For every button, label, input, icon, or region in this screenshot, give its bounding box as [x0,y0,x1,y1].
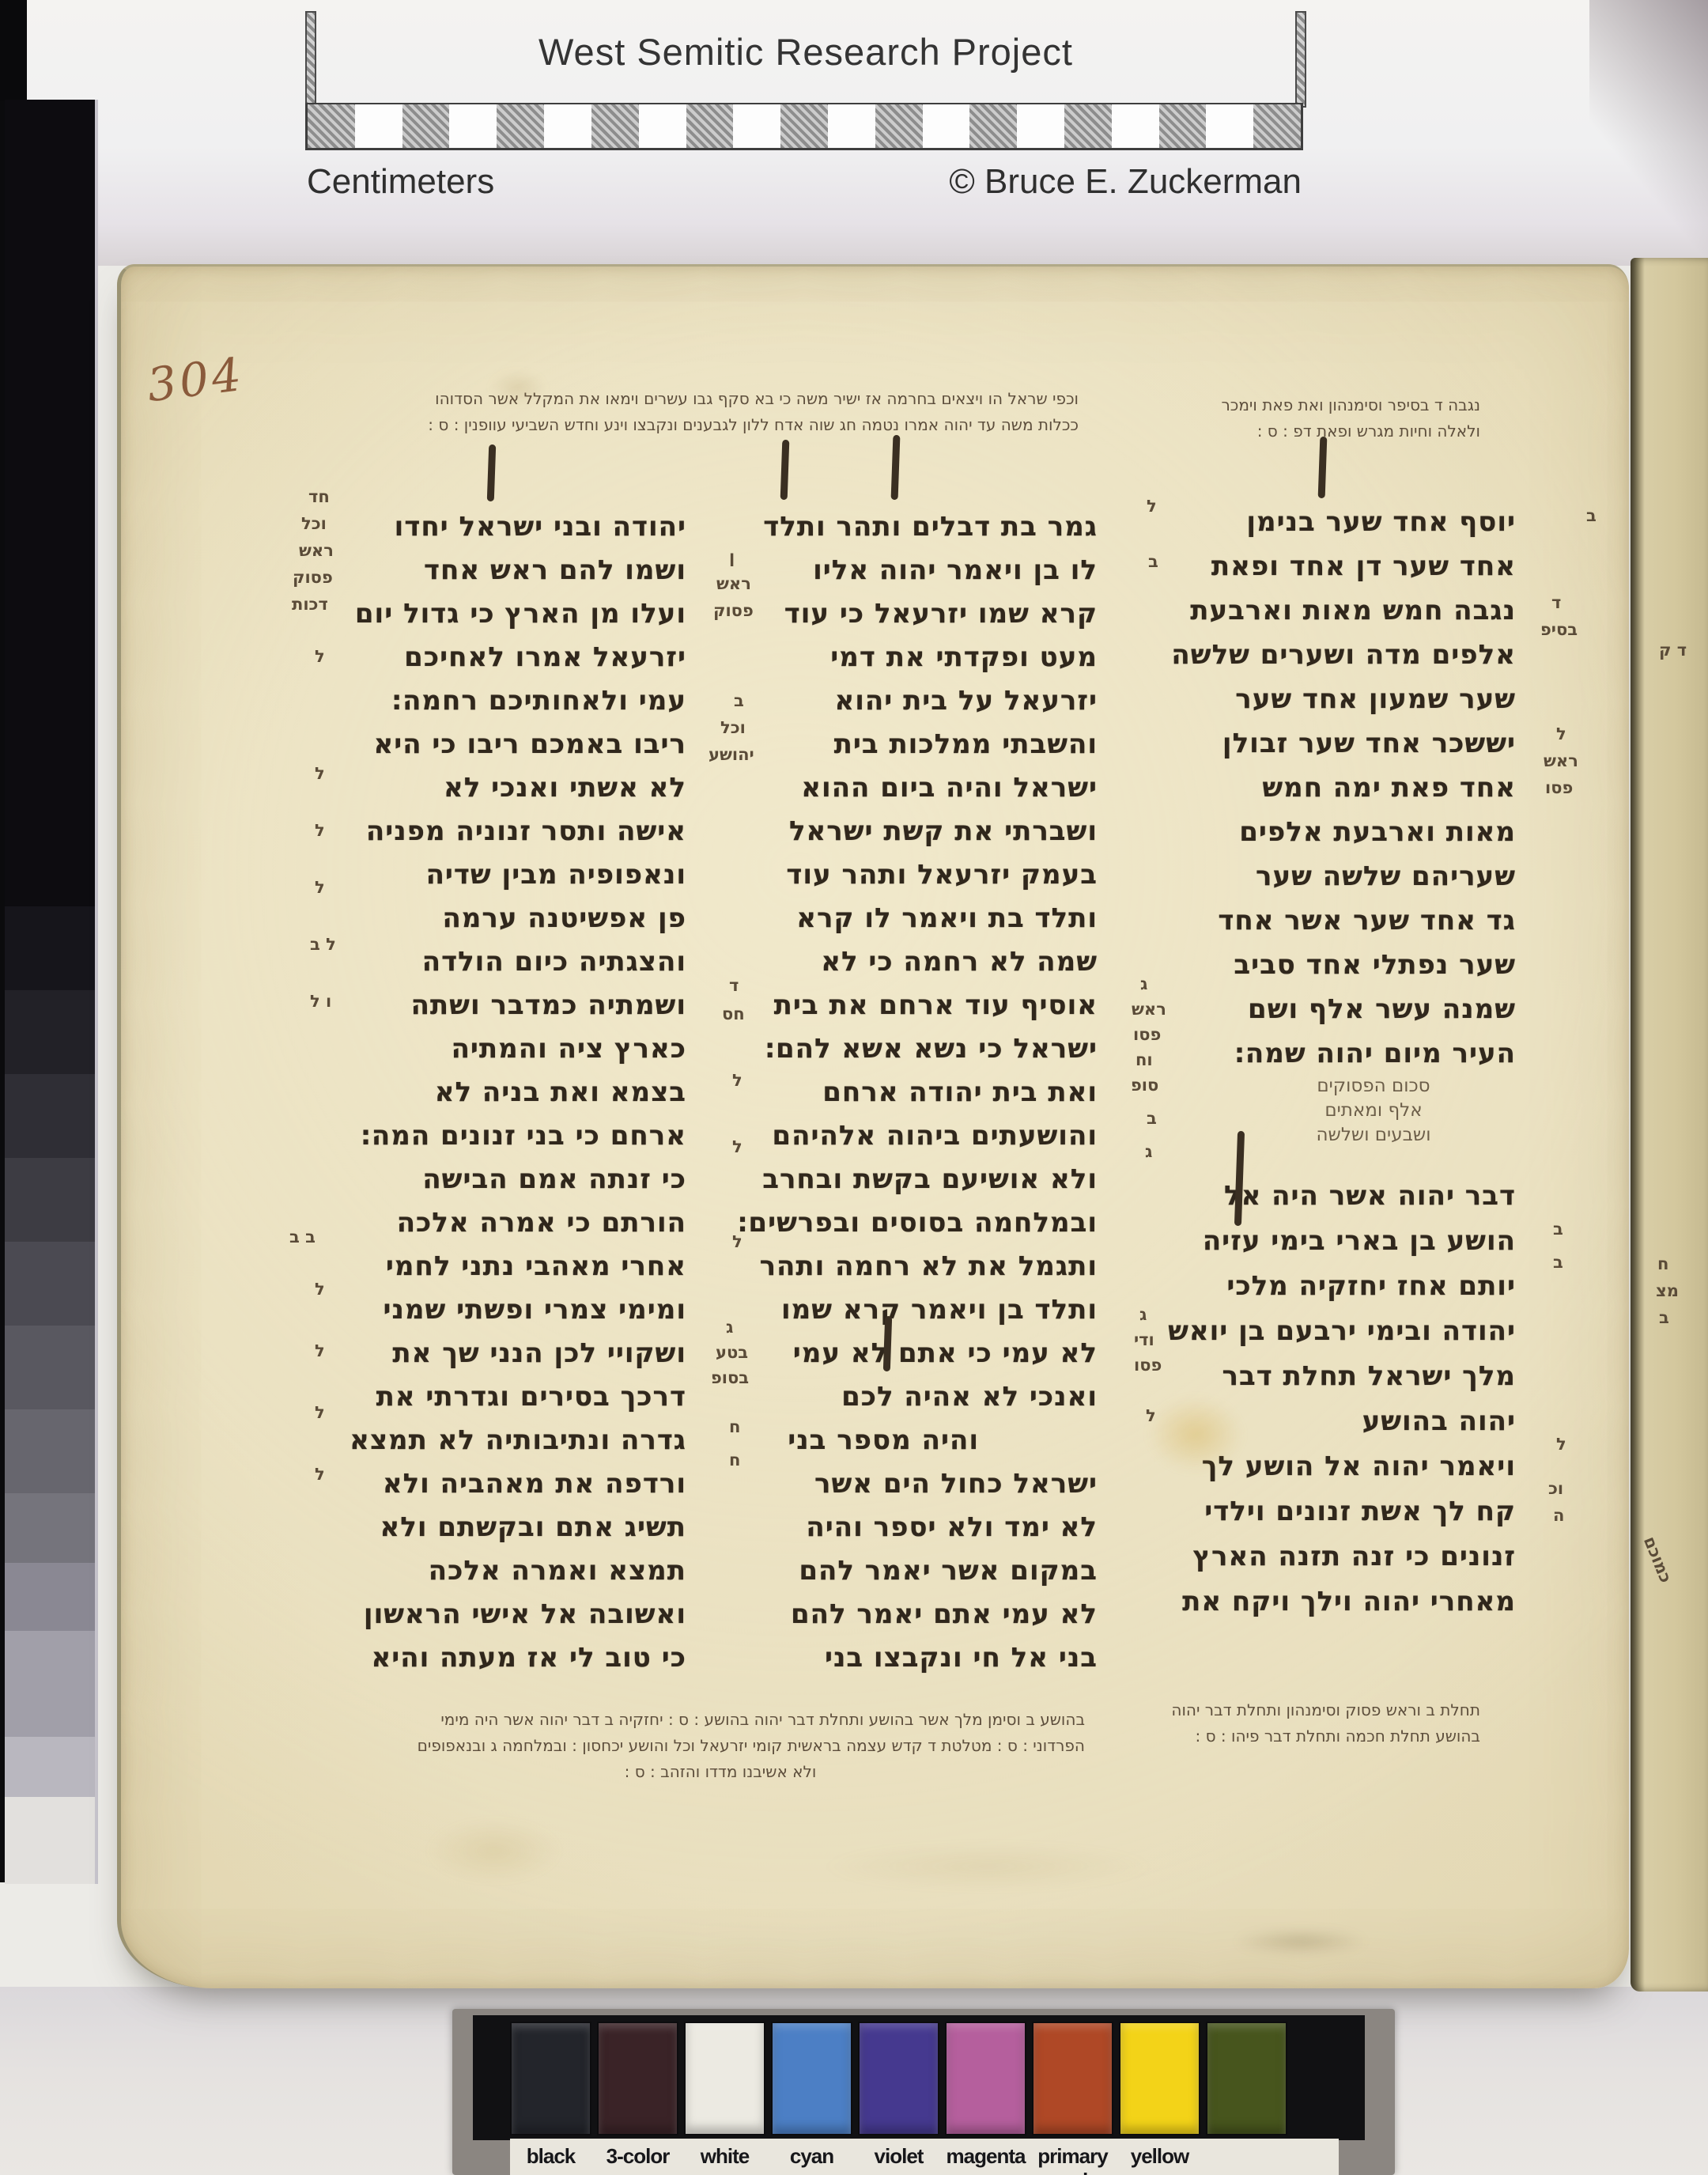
color-chart-swatches [510,2022,1301,2135]
centimeter-segment [875,104,923,148]
color-swatch-label: white [684,2139,765,2175]
text-line: שער נפתלי אחד סביב [1184,949,1516,993]
color-swatch-label: 3-color [597,2139,678,2175]
masora-parva-note: ל [315,821,325,840]
text-line: לא עמי כי אתם לא עמי [781,1337,1098,1381]
corner-black-patch [0,0,27,101]
gray-step [5,1409,95,1493]
parchment-stain [822,1843,1154,1890]
text-line: דבר יהוה אשר היה אל [1184,1180,1516,1225]
text-line: סכום הפסוקים [1287,1076,1460,1100]
color-swatch-label: yellow [1119,2139,1200,2175]
text-column-right-ezekiel-end: יוסף אחד שער בנימןאחד שער דן אחד ופאתנגב… [1184,506,1516,1082]
masora-parva-note: ד ק [1659,641,1687,660]
masora-magna-bottom-left: בהושע ב וסימן מלך אשר בהושע ותחלת דבר יה… [356,1710,1085,1788]
masora-parva-note: פסו [1134,1356,1162,1375]
masora-parva-note: בטע [716,1343,748,1362]
text-line: במקום אשר יאמר להם [781,1555,1098,1598]
text-line: יהודה ובימי ירבעם בן יואש [1184,1315,1516,1360]
masora-parva-note: ודי [1134,1330,1154,1349]
text-line: יזרעאל אמרו לאחיכם [348,641,686,685]
centimeter-segment [828,104,875,148]
centimeter-segment [1253,104,1301,148]
masora-parva-note: ל [732,1071,743,1090]
text-line: שעריהם שלשה שער [1184,861,1516,905]
text-line: מעט ופקדתי את דמי [781,641,1098,685]
color-swatch-green [1206,2022,1287,2135]
centimeter-segment [544,104,591,148]
gray-step [5,1563,95,1631]
text-line: זנונים כי זנה תזנה הארץ [1184,1541,1516,1586]
masora-parva-note: ל [1556,1435,1566,1454]
gray-step [5,1242,95,1326]
text-line: אחד שער דן אחד ופאת [1184,550,1516,595]
masora-magna-bottom-right: תחלת ב וראש פסוק וסימנהון ותחלת דבר יהוה… [1102,1700,1480,1753]
masora-parva-note: יהושע [709,745,754,764]
text-line: גמר בת דבלים ותהר ותלד [781,511,1098,554]
text-line: פן אפשיטנה ערמה [348,902,686,946]
text-column-right-hosea-opening: דבר יהוה אשר היה אלהושע בן בארי בימי עזי… [1184,1180,1516,1631]
masora-parva-note: ל [315,647,325,666]
text-line: ולא אשיבנו מדדו והזהב : ס : [356,1762,1085,1788]
masora-parva-note: ל [732,1137,743,1156]
masora-parva-note: ל [1147,497,1157,516]
gray-step [5,1797,95,1884]
text-line: ורדפה את מאהביה ולא [348,1468,686,1511]
text-line: ובמלחמה בסוסים ובפרשים׃ [781,1207,1098,1250]
text-line: ישראל והיה ביום ההוא [781,772,1098,815]
masora-parva-note: וכ [1548,1479,1563,1498]
text-line: יהודה ובני ישראל יחדו [348,511,686,554]
text-line: מאחרי יהוה וילך ויקח את [1184,1586,1516,1631]
scale-bar: West Semitic Research Project Centimeter… [305,8,1306,202]
masora-parva-note: דכות [292,595,328,614]
text-line: שמה לא רחמה כי לא [781,946,1098,989]
masora-parva-note: ב [734,691,744,710]
centimeter-segment [923,104,970,148]
masora-parva-note: פסוק [713,601,754,620]
color-swatch-violet [858,2022,939,2135]
masora-parva-note: בסופ [711,1368,749,1387]
text-line: ותלד בת ויאמר לו קרא [781,902,1098,946]
facing-page-edge [1631,258,1708,1992]
masora-parva-note: ה [1553,1506,1564,1525]
photograph-canvas: West Semitic Research Project Centimeter… [0,0,1708,2175]
text-line: ומימי צמרי ופשתי שמני [348,1294,686,1337]
text-line: הושע בן בארי בימי עזיה [1184,1225,1516,1270]
masora-parva-note: פסו [1133,1025,1161,1044]
masora-magna-top-right: נגבה ד בסיפר וסימנהון ואת פאת וימכרולאלה… [1200,395,1480,448]
text-line: נגבה חמש מאות וארבעת [1184,595,1516,639]
text-line: ותגמל את לא רחמה ותהר [781,1250,1098,1294]
text-line: והושעתים ביהוה אלהיהם [781,1120,1098,1163]
centimeter-segment [591,104,639,148]
text-line: יותם אחז יחזקיה מלכי [1184,1270,1516,1315]
masora-parva-note: ב [1553,1220,1563,1239]
color-swatch-label [1206,2139,1287,2175]
text-line: ארחם כי בני זנונים המה׃ [348,1120,686,1163]
color-swatch-cyan [771,2022,852,2135]
centimeter-segment [733,104,780,148]
gray-step [5,1326,95,1409]
masora-magna-top-left: וכפי שראל הו ויצאים בחרמה אז ישיר משה כי… [357,389,1079,441]
masora-parva-note: ל [315,1465,325,1484]
centimeter-segment [1112,104,1159,148]
centimeter-segment [686,104,734,148]
text-line: ושקויי לכן הנני שך את [348,1337,686,1381]
text-column-middle: גמר בת דבלים ותהר ותלדלו בן ויאמר יהוה א… [781,511,1098,1685]
copyright-notice: © Bruce E. Zuckerman [748,162,1302,202]
masora-parva-note: וכל [301,514,327,533]
masora-parva-note: ב [1586,506,1597,525]
centimeter-segment [402,104,450,148]
masora-parva-note: ראש [716,574,751,593]
masora-parva-note: ו ל [310,992,331,1011]
text-line: נגבה ד בסיפר וסימנהון ואת פאת וימכר [1200,395,1480,422]
text-line: ואנכי לא אהיה לכם [781,1381,1098,1424]
masora-parva-note: ב [1148,552,1158,571]
gray-step [5,100,95,906]
text-line: בצמא ואת בניה לא [348,1076,686,1120]
masora-parva-note: פסו [1545,778,1573,797]
gray-step [5,1158,95,1242]
parchment-stain [1234,1928,1368,1955]
gray-step [5,1493,95,1563]
text-line: תשיג אתם ובקשתם ולא [348,1511,686,1555]
text-line: ולא אושיעם בקשת ובחרב [781,1163,1098,1207]
text-line: כי טוב לי אז מעתה והיא [348,1642,686,1685]
centimeter-checker-scale [305,103,1303,150]
text-line: כי זנתה אמם הבישה [348,1163,686,1207]
gray-step [5,1074,95,1158]
text-line: אלפים מדה ושערים שלשה [1184,639,1516,683]
text-line: ושבעים ושלשה [1287,1125,1460,1149]
masora-parva-note: ראש [1544,751,1578,770]
text-line: מאות וארבעת אלפים [1184,816,1516,861]
centimeter-segment [780,104,828,148]
text-line: קרא שמו יזרעאל כי עוד [781,598,1098,641]
centimeter-segment [1064,104,1112,148]
parchment-stain [427,1819,561,1882]
masora-parva-note: ב [1147,1109,1157,1128]
centimeter-segment [1206,104,1253,148]
text-line: אוסיף עוד ארחם את בית [781,989,1098,1033]
text-line: ושברתי את קשת ישראל [781,815,1098,859]
masora-parva-note: ראש [1132,1000,1166,1019]
masora-parva-note: פסוק [293,568,333,587]
verse-count-note: סכום הפסוקיםאלף ומאתיםושבעים ושלשה [1287,1076,1460,1149]
text-line: לו בן ויאמר יהוה אליו [781,554,1098,598]
masora-parva-note: ג [1145,1142,1152,1161]
masora-parva-note: חס [722,1004,745,1023]
color-swatch-white [684,2022,765,2135]
masora-parva-note: ל [732,1232,743,1251]
text-line: שמנה עשר אלף ושם [1184,993,1516,1038]
masora-parva-note: ל [315,1341,325,1360]
text-line: יששכר אחד שער זבולן [1184,728,1516,772]
color-swatch-label: cyan [771,2139,852,2175]
parchment-stain [1148,1397,1243,1472]
text-line: אישה ותסר זנוניה מפניה [348,815,686,859]
text-column-left: יהודה ובני ישראל יחדוושמו להם ראש אחדועל… [348,511,686,1685]
scale-unit-label: Centimeters [307,162,494,202]
text-line: דרכך בסירים וגדרתי את [348,1381,686,1424]
text-line: אחד פאת ימה חמש [1184,772,1516,816]
masora-parva-note: ג [1140,974,1147,993]
text-line: גד אחד שער אשר אחד [1184,905,1516,949]
text-line: בהושע ב וסימן מלך אשר בהושע ותחלת דבר יה… [356,1710,1085,1736]
text-line: קח לך אשת זנונים וילדי [1184,1496,1516,1541]
masora-parva-note: ן [729,547,735,566]
text-line: ולאלה וחיות מגרש ופאת דפ : ס : [1200,422,1480,448]
text-line: אחרי מאהבי נתני לחמי [348,1250,686,1294]
text-line: תחלת ב וראש פסוק וסימנהון ותחלת דבר יהוה [1102,1700,1480,1727]
masora-parva-note: וח [1136,1050,1153,1069]
masora-parva-note: ח [1657,1254,1668,1273]
text-line: בני אל חי ונקבצו בני [781,1642,1098,1685]
gray-step [5,1737,95,1797]
text-line: ונאפופיה מבין שדיה [348,859,686,902]
masora-parva-note: ל [315,1280,325,1299]
masora-parva-note: ל [315,878,325,897]
text-line: והשבתי ממלכות בית [781,728,1098,772]
masora-parva-note: ל [315,764,325,783]
masora-parva-note: מצ [1656,1281,1679,1300]
grayscale-step-wedge [5,100,98,1884]
centimeter-segment [1159,104,1207,148]
masora-parva-note: וכל [720,718,746,737]
color-chart-labels: black3-colorwhitecyanvioletmagentaprimar… [510,2139,1339,2175]
text-line: ואת בית יהודה ארחם [781,1076,1098,1120]
text-line: אלף ומאתים [1287,1100,1460,1125]
color-swatch-yellow [1119,2022,1200,2135]
text-line: הורתם כי אמרה אלכה [348,1207,686,1250]
text-line: לא עמי אתם יאמר להם [781,1598,1098,1642]
text-line: בהושע תחלת חכמה ותחלת דבר פיהו : ס : [1102,1727,1480,1753]
text-line: ריבו באמכם ריבו כי היא [348,728,686,772]
centimeter-segment [639,104,686,148]
text-line: ושמתיה כמדבר ושתה [348,989,686,1033]
centimeter-segment [308,104,355,148]
text-line: תמצא ואמרה אלכה [348,1555,686,1598]
text-line: ושמו להם ראש אחד [348,554,686,598]
masora-parva-note: חד [308,487,330,506]
centimeter-segment [969,104,1017,148]
centimeter-segment [449,104,497,148]
text-line: עמי ולאחותיכם רחמה׃ [348,685,686,728]
text-line: ישראל כי נשא אשא להם׃ [781,1033,1098,1076]
masora-parva-note: ג [1139,1305,1147,1324]
text-line: הפרדוני : ס : מטלטת ד קדש עצמה בראשית קו… [356,1736,1085,1762]
masora-parva-note: ג [726,1318,733,1337]
color-swatch-black [510,2022,591,2135]
masora-parva-note: סופ [1131,1076,1158,1095]
centimeter-segment [1017,104,1064,148]
text-line: והיה מספר בני [781,1424,1098,1468]
color-swatch-label: primary red [1032,2139,1113,2175]
masora-parva-note: ד [1551,593,1561,612]
masora-parva-note: ד [729,976,739,995]
text-line: יוסף אחד שער בנימן [1184,506,1516,550]
gray-step [5,990,95,1074]
text-line: לא ימד ולא יספר והיה [781,1511,1098,1555]
text-line: והצגתיה כיום הולדה [348,946,686,989]
text-line: ותלד בן ויאמר קרא שמו [781,1294,1098,1337]
masora-parva-note: ל [315,1403,325,1422]
masora-parva-note: ב [1659,1308,1669,1327]
masora-parva-note: ל ב [310,935,336,954]
project-title: West Semitic Research Project [305,30,1306,74]
text-line: לא אשתי ואנכי לא [348,772,686,815]
color-swatch-3-color [597,2022,678,2135]
parchment-stain [490,372,546,403]
text-line: ויאמר יהוה אל הושע לך [1184,1451,1516,1496]
masora-parva-note: ב ב [289,1227,316,1246]
color-swatch-label: violet [858,2139,939,2175]
text-line: וכפי שראל הו ויצאים בחרמה אז ישיר משה כי… [357,389,1079,415]
text-line: גדרה ונתיבותיה לא תמצא [348,1424,686,1468]
gray-step [5,1631,95,1737]
text-line: ככלות משה עד יהוה אמרו נטמה חג שוה אדח ל… [357,415,1079,441]
centimeter-segment [355,104,402,148]
color-swatch-label: black [510,2139,591,2175]
color-swatch-magenta [945,2022,1026,2135]
text-line: מלך ישראל תחלת דבר [1184,1360,1516,1405]
masora-parva-note: ח [729,1451,740,1470]
masora-parva-note: ראש [299,541,334,560]
text-line: שער שמעון אחד שער [1184,683,1516,728]
text-line: ואשובה אל אישי הראשון [348,1598,686,1642]
text-line: כארץ ציה והמתיה [348,1033,686,1076]
centimeter-segment [497,104,544,148]
backdrop-top-right-shadow [1589,0,1708,285]
masora-parva-note: ל [1556,724,1566,743]
masora-parva-note: ב [1553,1253,1563,1272]
gray-step [5,906,95,990]
color-swatch-label: magenta [945,2139,1026,2175]
text-line: ישראל כחול הים אשר [781,1468,1098,1511]
text-line: ועלו מן הארץ כי גדול יום [348,598,686,641]
masora-parva-note: בסיפ [1540,620,1578,639]
text-line: בעמק יזרעאל ותהר עוד [781,859,1098,902]
text-line: יזרעאל על בית יהוא [781,685,1098,728]
masora-parva-note: ח [729,1417,740,1436]
color-swatch-primary-red [1032,2022,1113,2135]
